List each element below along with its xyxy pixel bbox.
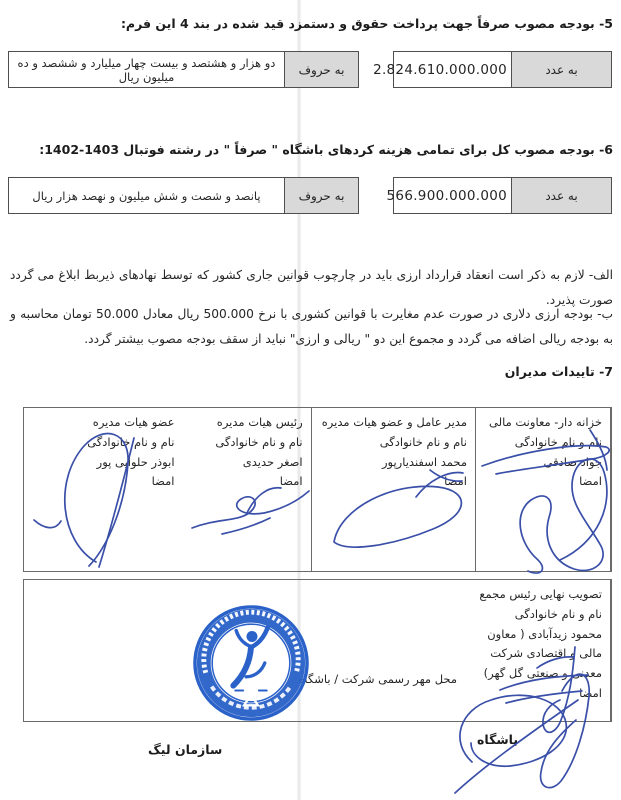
final-approval-name: محمود زیدآبادی ( معاون مالی و اقتصادی شر… <box>469 625 602 684</box>
section5-heading: 5- بودجه مصوب صرفاً جهت پرداخت حقوق و دس… <box>6 15 613 33</box>
approval-sign-label: امضا <box>28 472 174 492</box>
final-approval-table: تصویب نهایی رئیس مجمع نام و نام خانوادگی… <box>23 579 612 722</box>
footer-club-label: باشگاه <box>477 732 518 747</box>
approvals-table: خزانه دار- معاونت مالی نام و نام خانوادگ… <box>23 407 612 572</box>
approval-cell-managing-director: مدیر عامل و عضو هیات مدیره نام و نام خان… <box>312 408 476 571</box>
approval-cell-board-chairman: رئیس هیات مدیره نام و نام خانوادگی اصغر … <box>183 408 312 571</box>
final-approval-title: تصویب نهایی رئیس مجمع <box>469 585 602 605</box>
section5-words-label: به حروف <box>284 52 358 87</box>
approval-sign-label: امضا <box>316 472 467 492</box>
section6-numeric-label: به عدد <box>511 178 611 213</box>
section6-numeric-value: 566.900.000.000 <box>383 178 511 213</box>
approval-name: ابوذر حلوایی پور <box>28 453 174 473</box>
note-dollar-budget: ب- بودجه ارزی دلاری در صورت عدم مغایرت ب… <box>10 302 613 352</box>
section5-words-value: دو هزار و هشتصد و بیست چهار میلیارد و شش… <box>9 52 284 87</box>
final-approval-cell: تصویب نهایی رئیس مجمع نام و نام خانوادگی… <box>465 580 611 721</box>
approval-name-label: نام و نام خانوادگی <box>28 433 174 453</box>
section6-words-label: به حروف <box>284 178 358 213</box>
section6-numeric-field: به عدد 566.900.000.000 <box>393 177 612 214</box>
stamp-cell: محل مهر رسمی شرکت / باشگاه <box>24 580 465 721</box>
final-approval-sign-label: امضا <box>469 684 602 704</box>
approval-cell-treasurer: خزانه دار- معاونت مالی نام و نام خانوادگ… <box>476 408 611 571</box>
approval-role: خزانه دار- معاونت مالی <box>480 413 602 433</box>
section5-words-field: به حروف دو هزار و هشتصد و بیست چهار میلی… <box>8 51 359 88</box>
budget-form-document: 5- بودجه مصوب صرفاً جهت پرداخت حقوق و دس… <box>0 0 621 800</box>
section5-numeric-value: 2.824.610.000.000 <box>369 52 511 87</box>
section6-words-value: پانصد و شصت و شش میلیون و نهصد هزار ریال <box>9 178 284 213</box>
club-seal-icon <box>192 604 310 722</box>
approval-name: جواد صادقی <box>480 453 602 473</box>
approval-sign-label: امضا <box>187 472 303 492</box>
club-seal-stamp <box>192 604 310 722</box>
approval-role: مدیر عامل و عضو هیات مدیره <box>316 413 467 433</box>
final-approval-name-label: نام و نام خانوادگی <box>469 605 602 625</box>
approval-name-label: نام و نام خانوادگی <box>316 433 467 453</box>
approval-name-label: نام و نام خانوادگی <box>480 433 602 453</box>
approval-name: اصغر حدیدی <box>187 453 303 473</box>
approval-role: عضو هیات مدیره <box>28 413 174 433</box>
approval-role: رئیس هیات مدیره <box>187 413 303 433</box>
stamp-place-label: محل مهر رسمی شرکت / باشگاه <box>298 670 457 690</box>
approval-name: محمد اسفندیارپور <box>316 453 467 473</box>
section6-heading: 6- بودجه مصوب کل برای تمامی هزینه کردهای… <box>6 141 613 159</box>
section7-heading: 7- تاییدات مدیران <box>6 363 613 381</box>
approval-sign-label: امضا <box>480 472 602 492</box>
section5-numeric-label: به عدد <box>511 52 611 87</box>
approval-name-label: نام و نام خانوادگی <box>187 433 303 453</box>
section6-words-field: به حروف پانصد و شصت و شش میلیون و نهصد ه… <box>8 177 359 214</box>
section5-numeric-field: به عدد 2.824.610.000.000 <box>393 51 612 88</box>
footer-league-label: سازمان لیگ <box>148 742 222 757</box>
approval-cell-board-member: عضو هیات مدیره نام و نام خانوادگی ابوذر … <box>24 408 182 571</box>
